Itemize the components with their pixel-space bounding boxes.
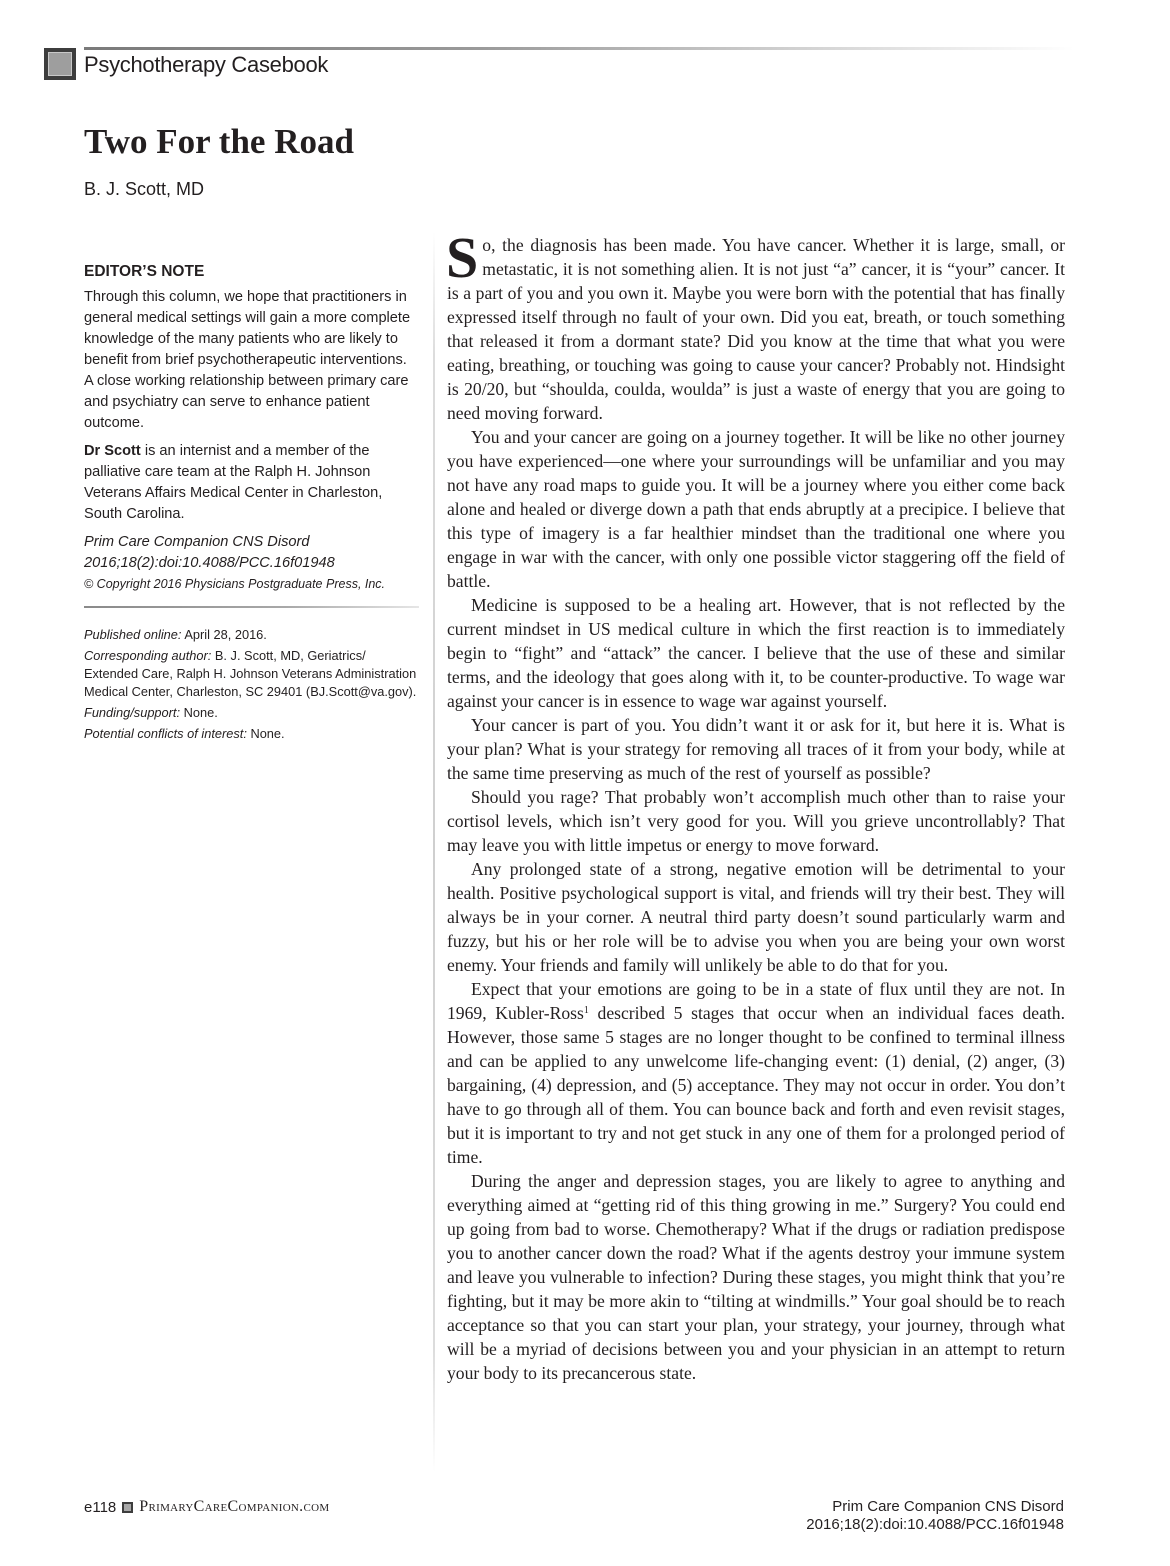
- paragraph-8: During the anger and depression stages, …: [447, 1169, 1065, 1385]
- footer-doi: 2016;18(2):doi:10.4088/PCC.16f01948: [806, 1516, 1064, 1534]
- footer-square-icon: [122, 1502, 133, 1513]
- published-value: April 28, 2016.: [181, 627, 266, 642]
- published-label: Published online:: [84, 627, 181, 642]
- article-title: Two For the Road: [84, 122, 354, 162]
- section-square-icon: [44, 48, 76, 80]
- author-bio-name: Dr Scott: [84, 443, 141, 459]
- footer-right: Prim Care Companion CNS Disord 2016;18(2…: [806, 1498, 1064, 1534]
- footer-site-link[interactable]: PrimaryCareCompanion.com: [139, 1498, 329, 1516]
- citation-journal: Prim Care Companion CNS Disord: [84, 532, 419, 553]
- article-meta: Published online: April 28, 2016. Corres…: [84, 626, 419, 743]
- sidebar: EDITOR’S NOTE Through this column, we ho…: [84, 263, 419, 746]
- published-online: Published online: April 28, 2016.: [84, 626, 419, 644]
- page-number: e118: [84, 1499, 116, 1516]
- author-bio: Dr Scott is an internist and a member of…: [84, 441, 419, 525]
- funding-value: None.: [180, 705, 218, 720]
- paragraph-2: You and your cancer are going on a journ…: [447, 425, 1065, 593]
- sidebar-rule: [84, 606, 419, 608]
- editors-note-body: Through this column, we hope that practi…: [84, 287, 419, 434]
- author-byline: B. J. Scott, MD: [84, 179, 204, 200]
- article-body: So, the diagnosis has been made. You hav…: [447, 233, 1065, 1385]
- paragraph-3: Medicine is supposed to be a healing art…: [447, 593, 1065, 713]
- copyright: © Copyright 2016 Physicians Postgraduate…: [84, 574, 419, 594]
- paragraph-1-text: o, the diagnosis has been made. You have…: [447, 235, 1065, 423]
- paragraph-1: So, the diagnosis has been made. You hav…: [447, 233, 1065, 425]
- paragraph-5: Should you rage? That probably won’t acc…: [447, 785, 1065, 857]
- paragraph-7: Expect that your emotions are going to b…: [447, 977, 1065, 1169]
- citation-doi: 2016;18(2):doi:10.4088/PCC.16f01948: [84, 553, 419, 574]
- corresponding-label: Corresponding author:: [84, 648, 211, 663]
- header-rule: [84, 47, 1074, 50]
- funding-label: Funding/support:: [84, 705, 180, 720]
- paragraph-7-text-b: described 5 stages that occur when an in…: [447, 1003, 1065, 1167]
- citation: Prim Care Companion CNS Disord 2016;18(2…: [84, 532, 419, 574]
- conflicts-label: Potential conflicts of interest:: [84, 726, 247, 741]
- corresponding-author: Corresponding author: B. J. Scott, MD, G…: [84, 647, 419, 701]
- section-title: Psychotherapy Casebook: [84, 52, 328, 78]
- footer-journal: Prim Care Companion CNS Disord: [806, 1498, 1064, 1516]
- drop-cap: S: [446, 235, 478, 281]
- editors-note-heading: EDITOR’S NOTE: [84, 263, 419, 281]
- conflicts-value: None.: [247, 726, 285, 741]
- funding-support: Funding/support: None.: [84, 704, 419, 722]
- conflicts-of-interest: Potential conflicts of interest: None.: [84, 725, 419, 743]
- footer-left: e118 PrimaryCareCompanion.com: [84, 1498, 329, 1516]
- column-divider: [433, 232, 435, 1472]
- paragraph-6: Any prolonged state of a strong, negativ…: [447, 857, 1065, 977]
- paragraph-4: Your cancer is part of you. You didn’t w…: [447, 713, 1065, 785]
